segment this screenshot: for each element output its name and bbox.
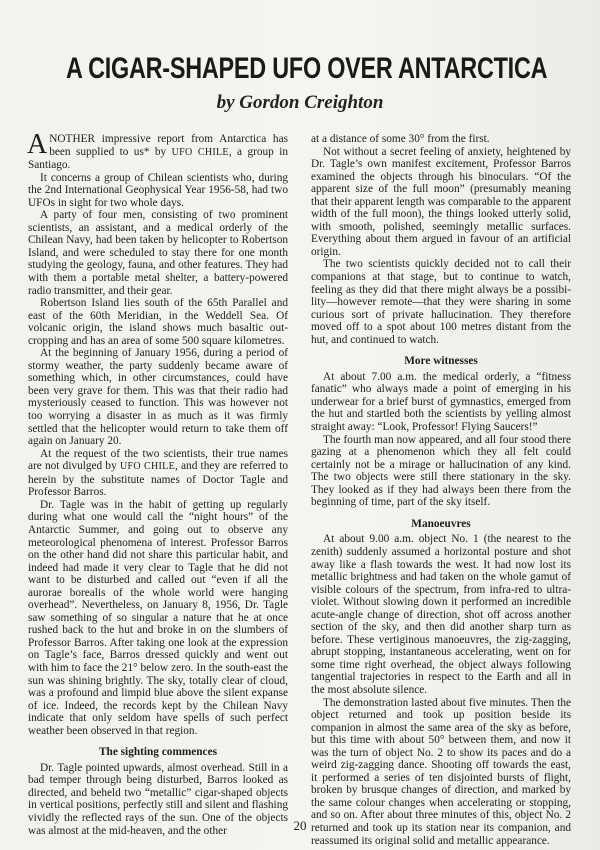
section-heading: The sighting commences — [28, 746, 288, 759]
paragraph: A party of four men, consisting of two p… — [28, 209, 288, 297]
paragraph: At about 9.00 a.m. object No. 1 (the nea… — [311, 533, 571, 696]
paragraph: Dr. Tagle was in the habit of getting up… — [28, 499, 288, 737]
paragraph: At the beginning of January 1956, during… — [28, 347, 288, 447]
paragraph: The two scientists quickly decided not t… — [311, 258, 571, 346]
paragraph: The fourth man now appeared, and all fou… — [311, 434, 571, 509]
article-body: ANOTHER impressive report from Antarctic… — [28, 133, 571, 813]
section-heading: More witnesses — [311, 355, 571, 368]
org-name: UFO CHILE — [172, 147, 229, 158]
paragraph: It concerns a group of Chilean scientist… — [28, 172, 288, 210]
paragraph: at a distance of some 30° from the first… — [311, 133, 571, 146]
article-title: A CIGAR-SHAPED UFO OVER ANTARCTICA — [66, 52, 534, 86]
magazine-page: A CIGAR-SHAPED UFO OVER ANTARCTICA by Go… — [0, 0, 600, 850]
right-column: at a distance of some 30° from the first… — [311, 133, 571, 813]
page-number: 20 — [0, 818, 600, 834]
article-byline: by Gordon Creighton — [0, 92, 600, 114]
paragraph: Robertson Island lies south of the 65th … — [28, 297, 288, 347]
section-heading: Manoeuvres — [311, 518, 571, 531]
paragraph: Not without a secret feeling of anxiety,… — [311, 146, 571, 259]
org-name: UFO CHILE — [120, 461, 175, 472]
paragraph: ANOTHER impressive report from Antarctic… — [28, 133, 288, 172]
paragraph: At the request of the two scientists, th… — [28, 448, 288, 499]
paragraph: At about 7.00 a.m. the medical orderly, … — [311, 371, 571, 434]
drop-cap: A — [27, 134, 47, 156]
left-column: ANOTHER impressive report from Antarctic… — [28, 133, 288, 813]
